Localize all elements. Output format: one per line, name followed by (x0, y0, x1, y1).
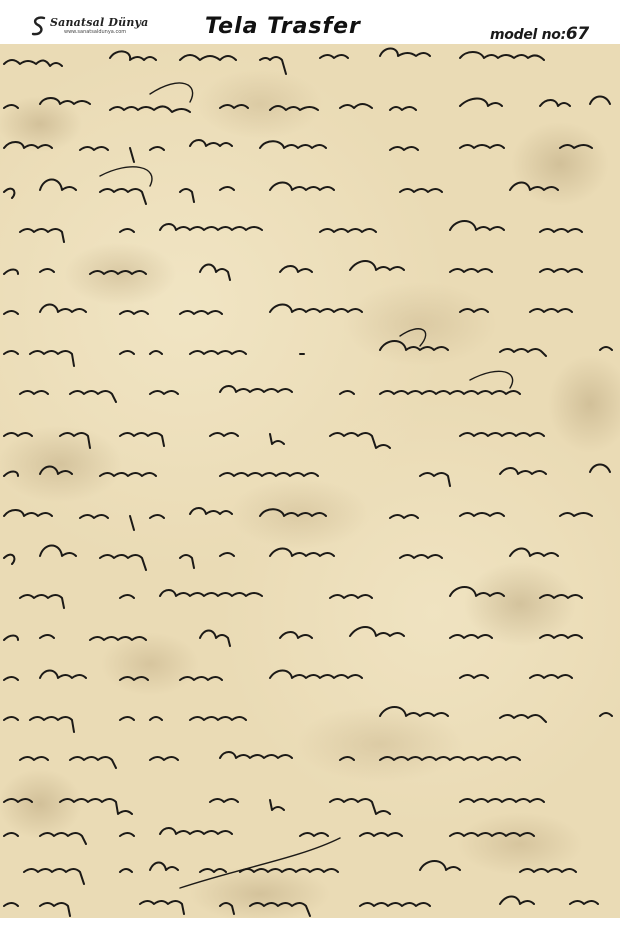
product-title: Tela Trasfer (205, 14, 361, 39)
header: Sanatsal Dünya www.sanatsaldunya.com Tel… (0, 0, 620, 44)
model-number: model no:67 (490, 24, 589, 44)
cursive-script-pattern (0, 44, 620, 918)
brand-name: Sanatsal Dünya (50, 17, 148, 29)
brand-swirl-icon (30, 14, 48, 38)
model-label: model no: (490, 27, 566, 43)
brand-url: www.sanatsaldunya.com (64, 29, 148, 35)
handwriting-pattern-sheet (0, 44, 620, 918)
model-number-value: 67 (566, 24, 589, 44)
brand-logo: Sanatsal Dünya www.sanatsaldunya.com (30, 14, 148, 38)
